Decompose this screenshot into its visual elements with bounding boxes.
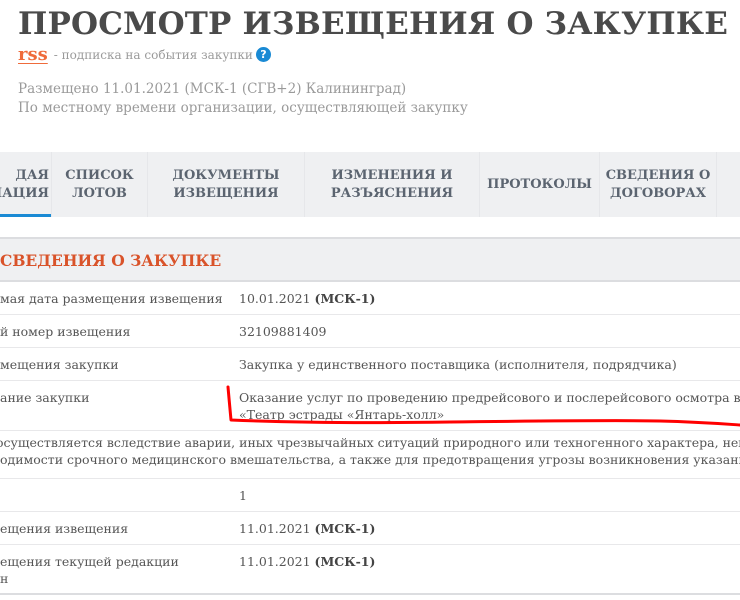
row-label: мая дата размещения извещения [0, 290, 223, 307]
rss-subscription: rss - подписка на события закупки ? [18, 44, 271, 65]
row-label: ание закупки [0, 389, 89, 406]
tab-label: ИЗМЕНЕНИЯ И [331, 167, 453, 185]
tab-protocols[interactable]: ПРОТОКОЛЫ [480, 152, 600, 217]
tab-changes-clarifications[interactable]: ИЗМЕНЕНИЯ ИРАЗЪЯСНЕНИЯ [305, 152, 480, 217]
rss-link[interactable]: rss [18, 44, 52, 65]
tab-label: СВЕДЕНИЯ О [606, 167, 711, 185]
text-line: осуществляется вследствие аварии, иных ч… [0, 434, 740, 451]
table-row: й номер извещения 32109881409 [0, 315, 740, 348]
tab-label: РАЗЪЯСНЕНИЯ [331, 185, 453, 203]
section-header: СВЕДЕНИЯ О ЗАКУПКЕ [0, 237, 740, 282]
tab-label: ЛОТОВ [65, 185, 133, 203]
tab-label: ДОГОВОРАХ [606, 185, 711, 203]
row-value: 1 [239, 487, 247, 504]
table-row: мещения закупки Закупка у единственного … [0, 348, 740, 381]
tab-general-info[interactable]: ДАЯМАЦИЯ [0, 152, 52, 217]
row-label: мещения закупки [0, 356, 119, 373]
question-circle-icon[interactable]: ? [256, 47, 271, 62]
value-text: 11.01.2021 [239, 554, 315, 569]
tab-label: СПИСОК [65, 167, 133, 185]
value-timezone: (МСК-1) [315, 554, 376, 569]
table-row: ещения извещения 11.01.2021 (МСК-1) [0, 512, 740, 545]
tab-bar: ДАЯМАЦИЯ СПИСОКЛОТОВ ДОКУМЕНТЫИЗВЕЩЕНИЯ … [0, 152, 740, 217]
value-line: Оказание услуг по проведению предрейсово… [239, 389, 740, 406]
table-row: ещения текущей редакции н 11.01.2021 (МС… [0, 545, 740, 595]
label-line: ещения текущей редакции [0, 553, 179, 570]
tab-label: ПРОТОКОЛЫ [487, 176, 592, 194]
value-timezone: (МСК-1) [315, 521, 376, 536]
row-value: 32109881409 [239, 323, 326, 340]
tab-more[interactable] [717, 152, 740, 217]
section-title: СВЕДЕНИЯ О ЗАКУПКЕ [0, 251, 221, 270]
table-row: 1 [0, 479, 740, 512]
row-label: й номер извещения [0, 323, 130, 340]
posted-info: Размещено 11.01.2021 (МСК-1 (СГВ+2) Кали… [18, 80, 468, 118]
row-label: ещения текущей редакции н [0, 553, 179, 587]
posted-timezone-note: По местному времени организации, осущест… [18, 99, 468, 118]
row-full-text: осуществляется вследствие аварии, иных ч… [0, 434, 740, 468]
value-line: «Театр эстрады «Янтарь-холл» [239, 406, 740, 423]
row-label: ещения извещения [0, 520, 128, 537]
value-text: 11.01.2021 [239, 521, 315, 536]
tab-notice-documents[interactable]: ДОКУМЕНТЫИЗВЕЩЕНИЯ [148, 152, 305, 217]
row-value: 11.01.2021 (МСК-1) [239, 520, 375, 537]
row-value: 11.01.2021 (МСК-1) [239, 553, 375, 570]
row-value: Оказание услуг по проведению предрейсово… [239, 389, 740, 423]
value-timezone: (МСК-1) [315, 291, 376, 306]
value-text: 10.01.2021 [239, 291, 315, 306]
page-title: ПРОСМОТР ИЗВЕЩЕНИЯ О ЗАКУПКЕ №3210988140… [18, 6, 740, 42]
row-value: Закупка у единственного поставщика (испо… [239, 356, 677, 373]
label-line: н [0, 570, 179, 587]
table-row: ание закупки Оказание услуг по проведени… [0, 381, 740, 431]
tab-label: ИЗВЕЩЕНИЯ [172, 185, 279, 203]
text-line: одимости срочного медицинского вмешатель… [0, 451, 740, 468]
posted-date: Размещено 11.01.2021 (МСК-1 (СГВ+2) Кали… [18, 80, 468, 99]
tab-label: ДАЯ [0, 167, 49, 185]
rss-description: - подписка на события закупки [54, 48, 253, 62]
tab-label: МАЦИЯ [0, 185, 49, 203]
row-value: 10.01.2021 (МСК-1) [239, 290, 375, 307]
tab-contracts-info[interactable]: СВЕДЕНИЯ ОДОГОВОРАХ [600, 152, 717, 217]
table-row: мая дата размещения извещения 10.01.2021… [0, 282, 740, 315]
tab-label: ДОКУМЕНТЫ [172, 167, 279, 185]
table-row: осуществляется вследствие аварии, иных ч… [0, 431, 740, 479]
tab-lots-list[interactable]: СПИСОКЛОТОВ [52, 152, 148, 217]
